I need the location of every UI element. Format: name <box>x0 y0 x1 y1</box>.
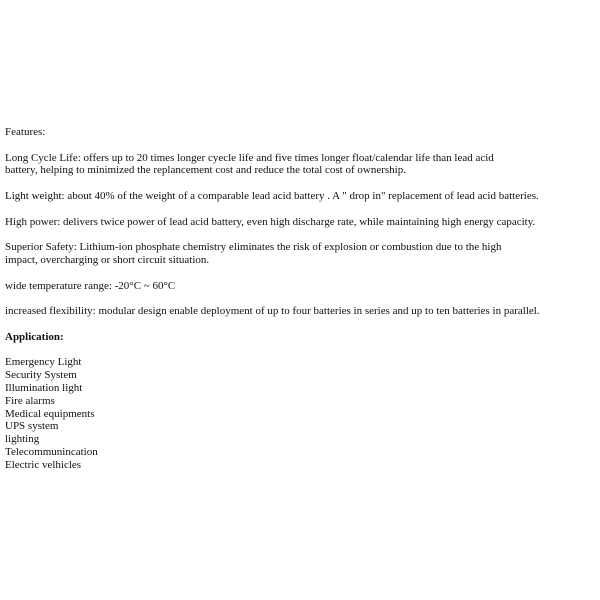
application-list: Emergency Light Security System Illumina… <box>5 356 595 471</box>
application-item: Fire alarms <box>5 395 595 408</box>
product-description: Features: Long Cycle Life: offers up to … <box>5 126 595 472</box>
features-heading: Features: <box>5 126 595 139</box>
application-item: Telecommunincation <box>5 446 595 459</box>
application-heading: Application: <box>5 331 595 344</box>
feature-high-power: High power: delivers twice power of lead… <box>5 216 595 229</box>
application-item: Electric velhicles <box>5 459 595 472</box>
application-item: Emergency Light <box>5 356 595 369</box>
application-item: Illumination light <box>5 382 595 395</box>
application-item: Security System <box>5 369 595 382</box>
feature-temperature-range: wide temperature range: -20°C ~ 60°C <box>5 280 595 293</box>
application-item: lighting <box>5 433 595 446</box>
application-item: Medical equipments <box>5 408 595 421</box>
feature-light-weight: Light weight: about 40% of the weight of… <box>5 190 595 203</box>
application-item: UPS system <box>5 420 595 433</box>
feature-superior-safety: Superior Safety: Lithium-ion phosphate c… <box>5 241 525 267</box>
feature-flexibility: increased flexibility: modular design en… <box>5 305 595 318</box>
feature-long-cycle-life: Long Cycle Life: offers up to 20 times l… <box>5 152 525 178</box>
